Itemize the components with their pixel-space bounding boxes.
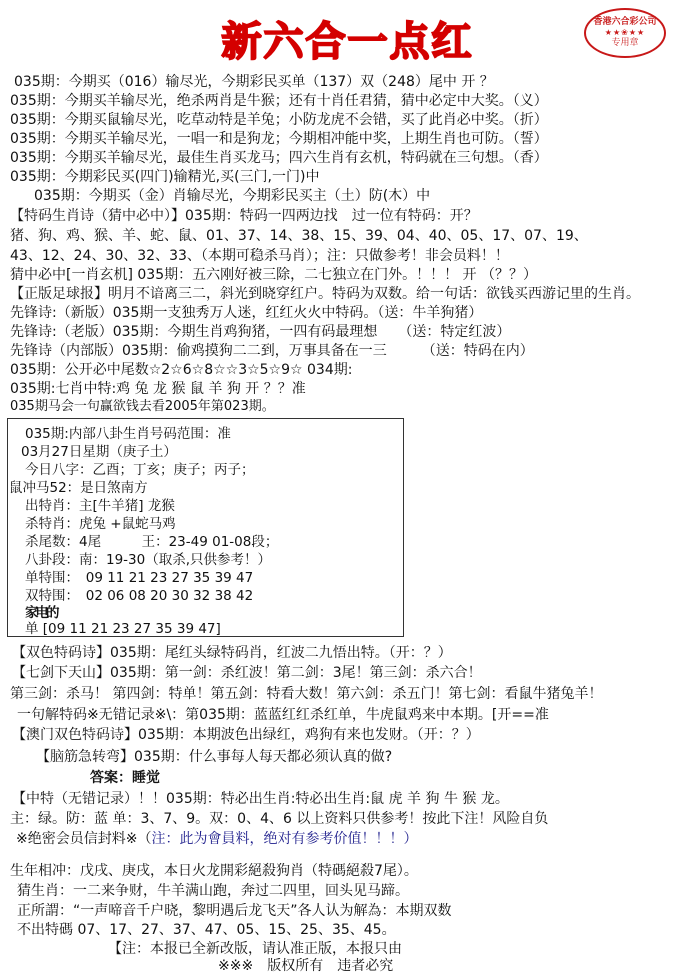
football-line: 035期：公开必中尾数☆2☆6☆8☆☆3☆5☆9☆ 034期: bbox=[10, 361, 352, 379]
football-line: 035期:七肖中特:鸡 兔 龙 猴 鼠 羊 狗 开 ？？准 bbox=[10, 380, 306, 398]
footer-line: 猜生肖：一二来争财，牛羊满山跑，奔过二四里，回头见马蹄。 bbox=[17, 882, 409, 900]
page-title: 新六合一点红 bbox=[205, 14, 490, 62]
sword-line: 【七剑下天山】035期：第一剑：杀红波！第二剑：3尾！第三剑：杀六合！ bbox=[12, 664, 482, 682]
footer-notice: 【注：本报已全新改版，请认准正版，本报只由 bbox=[108, 940, 402, 958]
intro-line: 035期：今期买鼠输尽光，吃草动特是羊兔；小防龙虎不会错，买了此肖必中奖。（折） bbox=[10, 111, 548, 129]
box-bagua: 八卦段：南：19-30（取杀,只供参考！） bbox=[25, 551, 271, 569]
riddle-line: 【脑筋急转弯】035期：什么事每人每天都必须认真的做? bbox=[36, 748, 392, 766]
box-shuang: 双特围： 02 06 08 20 30 32 38 42 bbox=[25, 587, 253, 605]
intro-line: 035期：今期彩民买(四门)输精光,买(三门,一门)中 bbox=[10, 168, 319, 186]
box-chute: 出特肖：主[牛羊猪] 龙猴 bbox=[25, 497, 175, 515]
stamp-label: 专用章 bbox=[611, 38, 638, 49]
zhu-line: 主：绿。防：蓝 单：3、7、9。双：0、4、6 以上资料只供参考！按此下注！风险… bbox=[10, 810, 548, 828]
footer-line: 不出特碼 07、17、27、37、47、05、15、25、35、45。 bbox=[17, 921, 396, 939]
box-shawei: 杀尾数：4尾 王：23-49 01-08段； bbox=[25, 533, 278, 551]
poem-line: 43、12、24、30、32、33、（本期可稳杀马肖）；注：只做参考！非会员料！… bbox=[10, 247, 509, 265]
poem-line: 猜中必中[一肖玄机] 035期：五六刚好被三除，二七独立在门外。！！！ 开 （？… bbox=[10, 266, 537, 284]
zhongte-line: 【中特（无错记录）！！035期：特必出生肖:特必出生肖:鼠 虎 羊 狗 牛 猴 … bbox=[12, 790, 509, 808]
poem-heading: 【特码生肖诗（猜中必中）】035期：特码一四两边找 过一位有特码：开？ bbox=[10, 207, 478, 225]
member-note: 注：此为會員料，绝对有参考价值！！！） bbox=[151, 831, 417, 847]
box-dan-bracket: 单 [09 11 21 23 27 35 39 47] bbox=[25, 620, 221, 638]
stamp-company-name: 香港六合彩公司 bbox=[593, 17, 656, 28]
member-line: ※绝密会员信封料※（注：此为會員料，绝对有参考价值！！！） bbox=[16, 830, 417, 848]
sword-line: 第三剑：杀马！ 第四剑：特单！第五剑：特看大数！第六剑：杀五门！第七剑：看鼠牛猪… bbox=[10, 685, 602, 703]
footer-line: 生年相冲：戊戌、庚戌，本日火龙開彩絕殺狗肖（特碼絕殺7尾）。 bbox=[10, 862, 418, 880]
football-line: 035期马会一句赢欲钱去看2005年第023期。 bbox=[10, 398, 275, 416]
bagua-box: 035期:内部八卦生肖号码范围：准 03月27日星期（庚子土） 今日八字：乙酉；… bbox=[7, 418, 404, 637]
footer-line: 正所謂：“一声啼音千户晓，黎明遇后龙飞天”各人认为解為：本期双数 bbox=[17, 902, 452, 920]
poem-line: 猪、狗、鸡、猴、羊、蛇、鼠、01、37、14、38、15、39、04、40、05… bbox=[10, 227, 588, 245]
football-line: 先锋诗:（老版）035期：今期生肖鸡狗猪，一四有码最理想 （送：特定红波） bbox=[10, 323, 510, 341]
football-line: 先锋诗（内部版）035期：偷鸡摸狗二二到，万事具备在一三 （送：特码在内） bbox=[10, 342, 534, 360]
sword-line: 【澳门双色特码诗】035期：本期波色出绿红，鸡狗有来也发财。（开：？） bbox=[12, 726, 480, 744]
box-title: 035期:内部八卦生肖号码范围：准 bbox=[25, 425, 231, 443]
stamp-stars-icon: ★★❀★★ bbox=[605, 28, 645, 38]
company-stamp: 香港六合彩公司 ★★❀★★ 专用章 bbox=[584, 8, 666, 58]
member-prefix: ※绝密会员信封料※（ bbox=[16, 831, 151, 847]
box-chong: 鼠冲马52：是日煞南方 bbox=[9, 479, 148, 497]
riddle-answer: 答案：睡觉 bbox=[90, 769, 160, 787]
footer-copyright: ※※※ 版权所有 违者必究 bbox=[218, 957, 393, 973]
intro-line: 035期：今期买（016）输尽光，今期彩民买单（137）双（248）尾中 开 ？ bbox=[14, 73, 494, 91]
intro-line: 035期：今期买羊输尽光，最佳生肖买龙马；四六生肖有玄机，特码就在三句想。（香） bbox=[10, 149, 548, 167]
intro-line: 035期：今期买（金）肖输尽光，今期彩民买主（土）防(木）中 bbox=[34, 187, 430, 205]
box-dan: 单特围： 09 11 21 23 27 35 39 47 bbox=[25, 569, 253, 587]
football-line: 先锋诗:（新版）035期一支独秀万人迷，红红火火中特码。（送：牛羊狗猪） bbox=[10, 304, 482, 322]
intro-line: 035期：今期买羊输尽光，绝杀两肖是牛猴；还有十肖任君猜，猜中必定中大奖。（义） bbox=[10, 92, 548, 110]
box-bazi: 今日八字：乙酉；丁亥；庚子；丙子； bbox=[25, 461, 255, 479]
sword-line: 【双色特码诗】035期：尾红头绿特码肖，红波二九悟出特。（开：？） bbox=[12, 644, 452, 662]
intro-line: 035期：今期买羊输尽光，一唱一和是狗龙；今期相冲能中奖，上期生肖也可防。（誓） bbox=[10, 130, 548, 148]
box-shate: 杀特肖：虎兔 +鼠蛇马鸡 bbox=[25, 515, 176, 533]
box-date: 03月27日星期（庚子土） bbox=[21, 443, 177, 461]
football-heading: 【正版足球报】明月不谙离三二，斜光到晓穿红户。特码为双数。给一句话：欲钱买西游记… bbox=[10, 285, 640, 303]
sword-line: 一句解特码※无错记录※\：第035期：蓝蓝红红杀红单，牛虎鼠鸡来中本期。[开==… bbox=[17, 706, 549, 724]
